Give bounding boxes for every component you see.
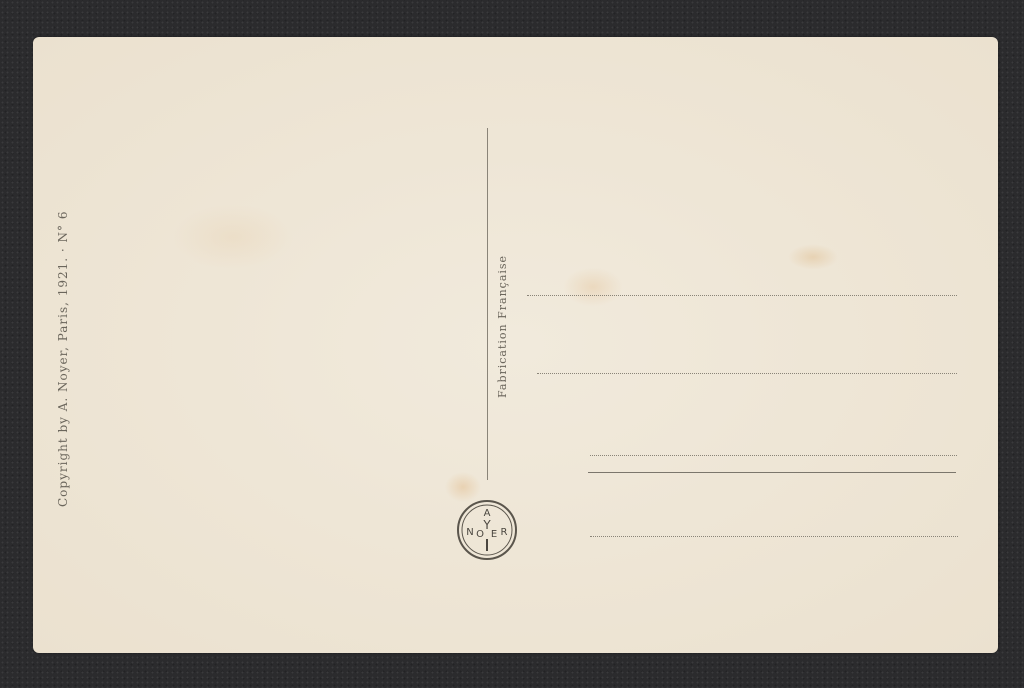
address-line-1 [527,295,957,296]
address-line-4 [590,536,958,537]
fabrication-text: Fabrication Française [496,255,509,398]
noyer-logo-icon: A N O Y E R [456,499,518,561]
svg-text:N: N [466,527,473,538]
address-line-3 [590,455,957,456]
svg-text:R: R [501,527,508,538]
address-solid-line [588,472,956,473]
svg-text:E: E [491,529,497,540]
copyright-text: Copyright by A. Noyer, Paris, 1921. · N°… [56,210,70,507]
address-line-2 [537,373,957,374]
center-divider-line [487,128,488,480]
